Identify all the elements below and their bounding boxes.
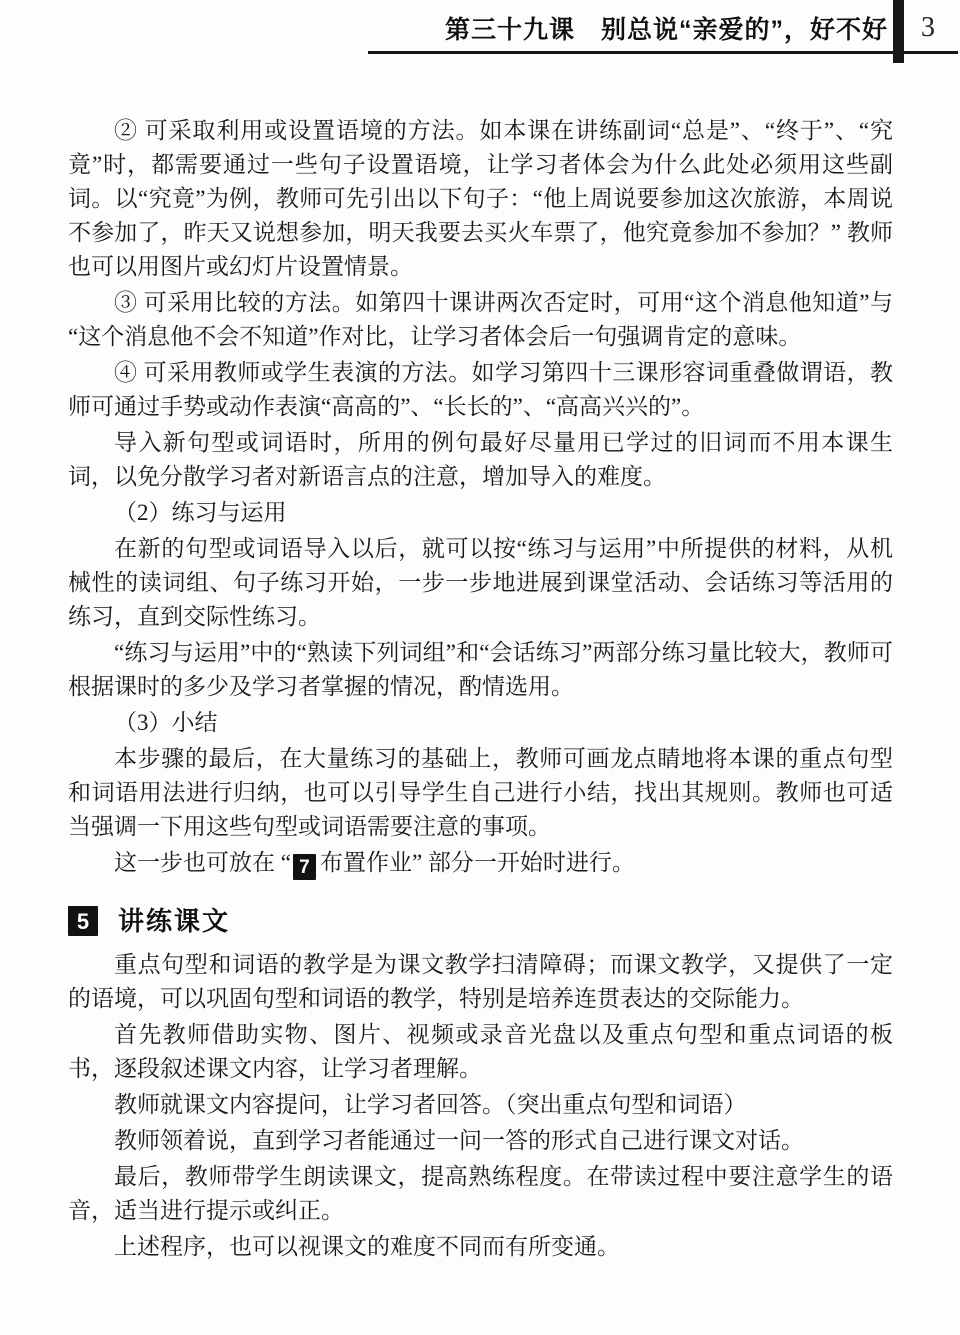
section-5-badge: 5 bbox=[68, 906, 98, 936]
page-body: ② 可采取利用或设置语境的方法。如本课在讲练副词“总是”、“终于”、“究竟”时，… bbox=[0, 62, 960, 1264]
badge-line-before: 这一步也可放在 “ bbox=[114, 850, 291, 875]
section-heading: 5 讲练课文 bbox=[68, 906, 893, 936]
subheading-practice-and-use: （2）练习与运用 bbox=[68, 496, 893, 530]
badge-line-after: 布置作业” 部分一开始时进行。 bbox=[320, 850, 635, 875]
paragraph-teacher-questions: 教师就课文内容提问，让学习者回答。（突出重点句型和词语） bbox=[68, 1088, 893, 1122]
page-header: 第三十九课 别总说“亲爱的”，好不好 3 bbox=[0, 0, 960, 62]
paragraph-text-teaching-purpose: 重点句型和词语的教学是为课文教学扫清障碍；而课文教学，又提供了一定的语境，可以巩… bbox=[68, 948, 893, 1016]
subheading-summary: （3）小结 bbox=[68, 706, 893, 740]
chapter-title: 第三十九课 别总说“亲爱的”，好不好 bbox=[445, 15, 888, 45]
section-title: 讲练课文 bbox=[118, 906, 230, 936]
paragraph-reading-aloud: 最后，教师带学生朗读课文，提高熟练程度。在带读过程中要注意学生的语音，适当进行提… bbox=[68, 1160, 893, 1228]
paragraph-procedure-flexible: 上述程序，也可以视课文的难度不同而有所变通。 bbox=[68, 1230, 893, 1264]
header-rule bbox=[368, 51, 958, 54]
paragraph-teacher-leads: 教师领着说，直到学习者能通过一问一答的形式自己进行课文对话。 bbox=[68, 1124, 893, 1158]
paragraph-method-performance: ④ 可采用教师或学生表演的方法。如学习第四十三课形容词重叠做谓语，教师可通过手势… bbox=[68, 356, 893, 424]
paragraph-intro-vocab: 导入新句型或词语时，所用的例句最好尽量用已学过的旧词而不用本课生词，以免分散学习… bbox=[68, 426, 893, 494]
paragraph-with-badge: 这一步也可放在 “7布置作业” 部分一开始时进行。 bbox=[68, 846, 893, 880]
paragraph-practice-progression: 在新的句型或词语导入以后，就可以按“练习与运用”中所提供的材料，从机械性的读词组… bbox=[68, 532, 893, 634]
paragraph-method-context: ② 可采取利用或设置语境的方法。如本课在讲练副词“总是”、“终于”、“究竟”时，… bbox=[68, 114, 893, 284]
paragraph-teacher-narrates: 首先教师借助实物、图片、视频或录音光盘以及重点句型和重点词语的板书，逐段叙述课文… bbox=[68, 1018, 893, 1086]
section-7-badge: 7 bbox=[293, 854, 316, 880]
paragraph-method-comparison: ③ 可采用比较的方法。如第四十课讲两次否定时，可用“这个消息他知道”与“这个消息… bbox=[68, 286, 893, 354]
book-page: 第三十九课 别总说“亲爱的”，好不好 3 ② 可采取利用或设置语境的方法。如本课… bbox=[0, 0, 960, 1335]
paragraph-practice-selection: “练习与运用”中的“熟读下列词组”和“会话练习”两部分练习量比较大，教师可根据课… bbox=[68, 636, 893, 704]
page-number: 3 bbox=[910, 12, 946, 44]
paragraph-summary-detail: 本步骤的最后，在大量练习的基础上，教师可画龙点睛地将本课的重点句型和词语用法进行… bbox=[68, 742, 893, 844]
